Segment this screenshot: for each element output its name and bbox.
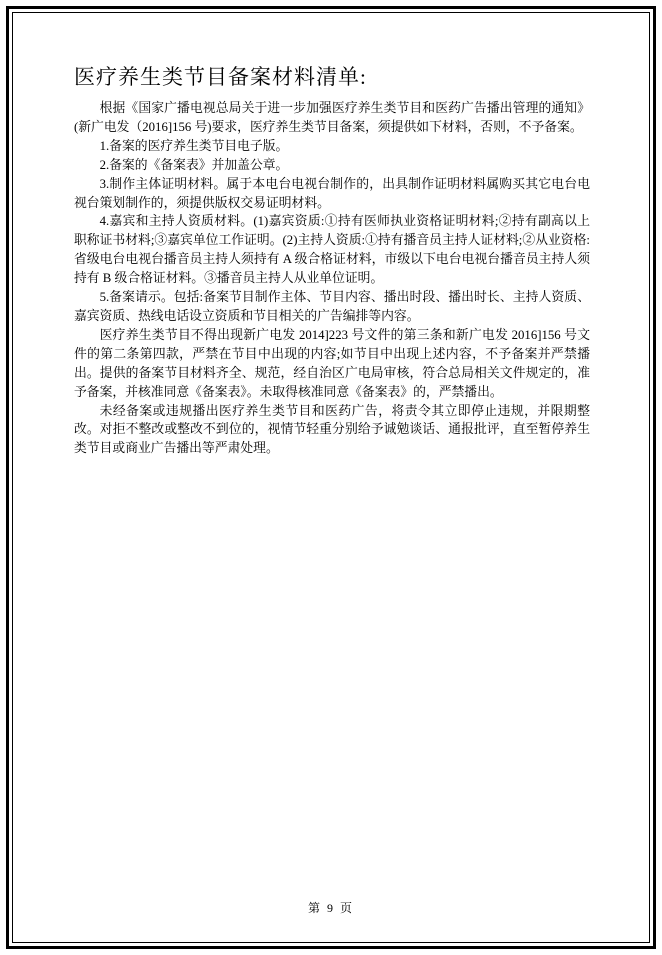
body-paragraph: 未经备案或违规播出医疗养生类节目和医药广告，将责令其立即停止违规，并限期整改。对… — [74, 402, 590, 459]
document-title: 医疗养生类节目备案材料清单: — [74, 64, 590, 90]
body-paragraph: 5.备案请示。包括:备案节目制作主体、节目内容、播出时段、播出时长、主持人资质、… — [74, 288, 590, 326]
document-body: 根据《国家广播电视总局关于进一步加强医疗养生类节目和医药广告播出管理的通知》(新… — [74, 99, 590, 458]
body-paragraph: 根据《国家广播电视总局关于进一步加强医疗养生类节目和医药广告播出管理的通知》(新… — [74, 99, 590, 137]
document-page: 医疗养生类节目备案材料清单: 根据《国家广播电视总局关于进一步加强医疗养生类节目… — [0, 0, 662, 955]
body-paragraph: 医疗养生类节目不得出现新广电发 2014]223 号文件的第三条和新广电发 20… — [74, 326, 590, 402]
document-content: 医疗养生类节目备案材料清单: 根据《国家广播电视总局关于进一步加强医疗养生类节目… — [74, 64, 590, 458]
body-paragraph: 4.嘉宾和主持人资质材料。(1)嘉宾资质:①持有医师执业资格证明材料;②持有副高… — [74, 212, 590, 288]
body-paragraph: 1.备案的医疗养生类节目电子版。 — [74, 137, 590, 156]
body-paragraph: 2.备案的《备案表》并加盖公章。 — [74, 156, 590, 175]
body-paragraph: 3.制作主体证明材料。属于本电台电视台制作的，出具制作证明材料属购买其它电台电视… — [74, 175, 590, 213]
page-number: 第 9 页 — [0, 899, 662, 916]
